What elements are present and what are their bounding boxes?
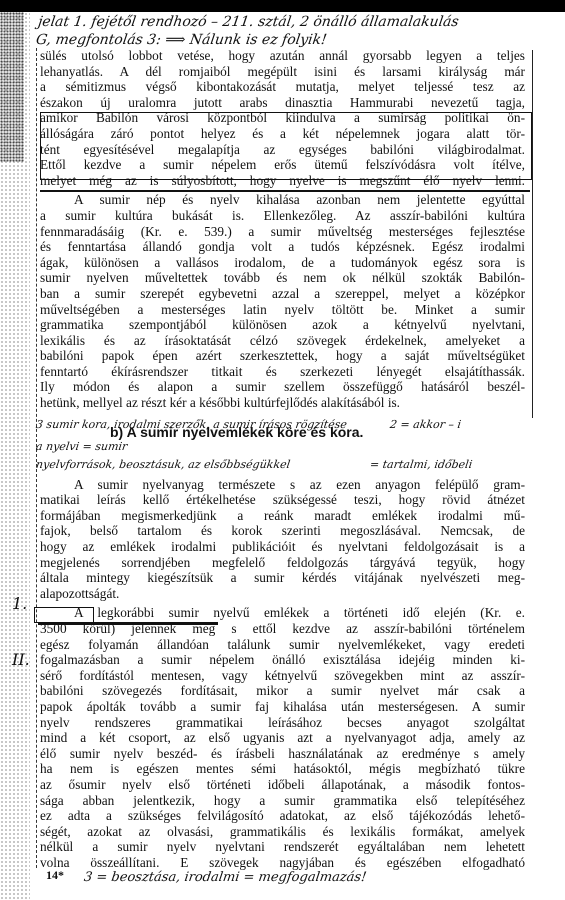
text-line: alapozottságát. [40, 586, 525, 602]
text-line: mind a két csoport, az első ugyanis azt … [40, 730, 525, 746]
text-line: lexikális és az írásoktatását célzó szöv… [40, 333, 525, 349]
text-line: állóságára záró pontot helyez és a két n… [40, 126, 525, 142]
page-signature: 14* [46, 868, 64, 883]
text-line: A sumir nyelvanyag természete s az ezen … [40, 477, 525, 493]
text-line: melyet még az is súlyosbított, hogy nyel… [40, 173, 525, 189]
text-line: papok ápolták tovább a sumir faj kihalás… [40, 699, 525, 715]
text-line: Ettől kezdve a sumir népelem erős ütemű … [40, 157, 525, 173]
paragraph-1: sülés utolsó lobbot vetése, hogy azután … [40, 48, 525, 188]
handwritten-note-mid-1-right: 2 = akkor – i [389, 417, 462, 433]
text-line: A legkorábbi sumir nyelvű emlékek a tört… [40, 605, 525, 621]
text-line: sága abban jelentkezik, hogy a sumir gra… [40, 793, 525, 809]
text-line: a sémitizmus végső kibontakozását mutatj… [40, 79, 525, 95]
text-line: fennmaradásáig (Kr. e. 539.) a sumir műv… [40, 224, 525, 240]
paragraph-2: A sumir nép és nyelv kihalása azonban ne… [40, 192, 525, 410]
text-line: a sumir kultúra bukását is. Ellenkezőleg… [40, 208, 525, 224]
text-line: volna összeállítani. E szövegek nagyjába… [40, 855, 525, 871]
text-line: Ily módon és alapon a sumir szellem össz… [40, 379, 525, 395]
text-line: amikor Babilón városi központból kiindul… [40, 110, 525, 126]
handwritten-note-mid-3: nyelvforrások, beosztásuk, az elsőbbségü… [35, 457, 291, 473]
text-line: az ősumir nyelv első történeti időbeli á… [40, 777, 525, 793]
text-line: sülés utolsó lobbot vetése, hogy azután … [40, 48, 525, 64]
margin-rule-right [532, 50, 533, 418]
text-line: babilóni papok épen azért szerkesztettek… [40, 348, 525, 364]
paragraph-3: A sumir nyelvanyag természete s az ezen … [40, 477, 525, 602]
text-line: megjelenés sorrendjében megfelelő feldol… [40, 555, 525, 571]
section-heading: b) A sumir nyelvemlékek köre és kora. [110, 425, 363, 441]
text-line: általa mintegy kiegészítsük a sumir kérd… [40, 570, 525, 586]
handwritten-note-top-1: jelat 1. fejétől rendhozó – 211. sztál, … [37, 14, 460, 30]
text-line: A sumir nép és nyelv kihalása azonban ne… [40, 192, 525, 208]
paragraph-4: A legkorábbi sumir nyelvű emlékek a tört… [40, 605, 525, 870]
text-line: egész folyamán állandóan találunk sumir … [40, 637, 525, 653]
text-line: tént egyesítésével megalapítja az egység… [40, 142, 525, 158]
text-line: formájában megismerkedjünk a reánk marad… [40, 508, 525, 524]
text-line: és fenntartása állandó gondja volt a tud… [40, 239, 525, 255]
text-line: északon új uralomra jutott arabs dinaszt… [40, 95, 525, 111]
heading-block: 3 sumir kora, irodalmi szerzők, a sumir … [40, 411, 525, 477]
text-line: ágak, különösen a vallásos irodalom, de … [40, 255, 525, 271]
text-line: hogy az emlékek irodalmi publikációit és… [40, 539, 525, 555]
margin-number-1: 1. [12, 594, 27, 613]
handwritten-note-top-2: G, megfontolás 3: ⟹ Nálunk is ez folyik! [35, 32, 328, 48]
text-line: ban a sumir szerepét egybevetni azzal a … [40, 286, 525, 302]
text-line: sumir nyelven műveltettek tovább és nem … [40, 270, 525, 286]
scan-top-border [0, 0, 565, 12]
text-line: élő sumir nyelv beszéd- és írásbeli hasz… [40, 746, 525, 762]
handwritten-note-bottom: 3 = beosztása, irodalmi = megfogalmazás! [83, 870, 367, 885]
text-line: ha nem is egészen mentes sémi hatásoktól… [40, 761, 525, 777]
text-line: nélkül a sumir nyelv nyelvtani rendszeré… [40, 839, 525, 855]
text-line: fenntartó ékírásrendszer titkait és szer… [40, 364, 525, 380]
text-line: műveltségében a mesterséges latin nyelv … [40, 302, 525, 318]
handwritten-note-mid-3-right: = tartalmi, időbeli [369, 457, 473, 473]
document-body: sülés utolsó lobbot vetése, hogy azután … [40, 48, 525, 871]
text-line: fogalmazásban a sumir népelem önálló exi… [40, 652, 525, 668]
text-line: grammatika szempontjából különösen azok … [40, 317, 525, 333]
margin-number-2: II. [12, 650, 30, 669]
handwritten-note-mid-2: a nyelvi = sumir [35, 439, 128, 455]
text-line: ez adta a szükséges felvilágosító adatok… [40, 808, 525, 824]
scan-left-edge-dark [0, 12, 24, 162]
text-line: 3500 körül) jelennek meg s ettől kezdve … [40, 621, 525, 637]
text-line: lehanyatlás. A dél romjaiból megépült is… [40, 64, 525, 80]
text-line: fajok, belső tartalom és korok szerinti … [40, 523, 525, 539]
text-line: babilóni szövegezés fordításait, mikor a… [40, 683, 525, 699]
text-line: ségét, azokat az olvasási, grammatikális… [40, 824, 525, 840]
text-line: sérő fordítástól mentesen, vagy kétnyelv… [40, 668, 525, 684]
text-line: nyelv rendszeres grammatikai leírásához … [40, 715, 525, 731]
text-line: matikai leírás kellő értékelhetése szüks… [40, 492, 525, 508]
text-line: hetünk, mellyel az részt kér a későbbi k… [40, 395, 525, 411]
